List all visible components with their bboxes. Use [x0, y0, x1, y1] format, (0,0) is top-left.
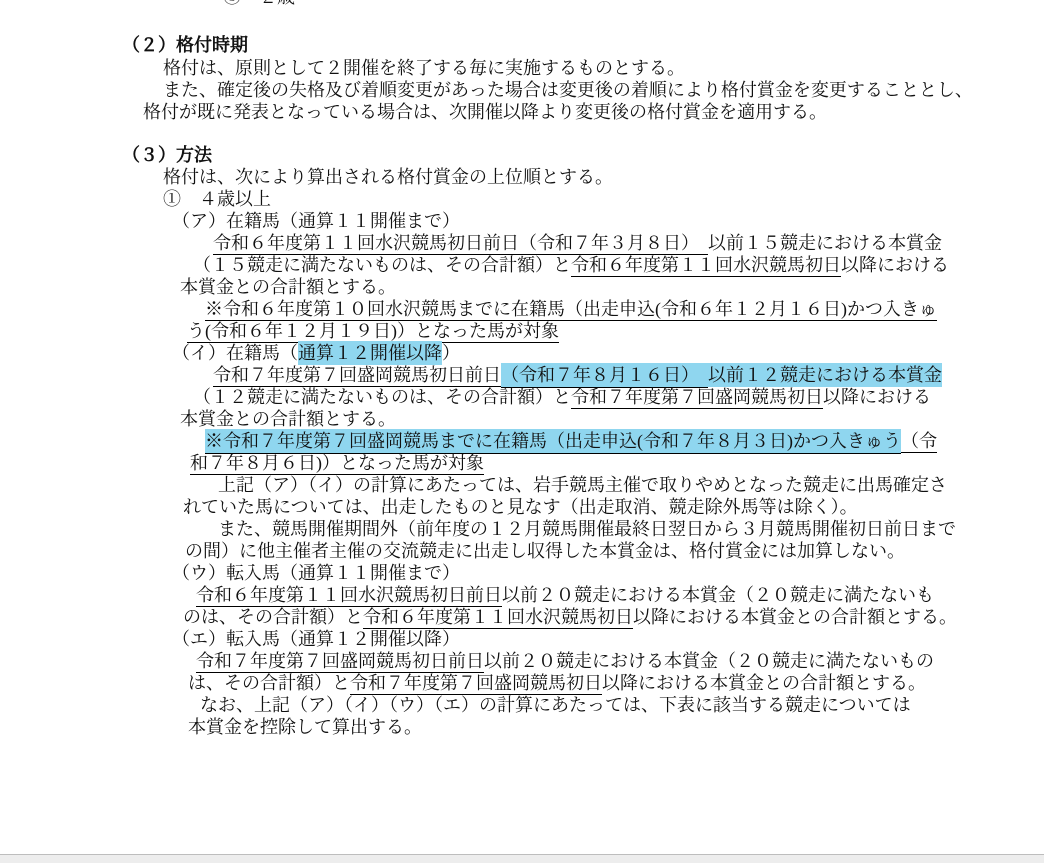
text-segment: また、競馬開催期間外（前年度の１２月競馬開催最終日翌日から３月競馬開催初日前日ま… [218, 519, 956, 539]
underlined-text: 令和７年度第７回盛岡競馬初日 [350, 673, 602, 695]
text-segment: 以降における [823, 387, 931, 407]
underlined-text: （令 [901, 431, 937, 453]
text-segment: 上記（ア）（イ）の計算にあたっては、岩手競馬主催で取りやめとなった競走に出馬確定… [218, 475, 947, 495]
text-segment: （ア）在籍馬（通算１１開催まで） [172, 211, 460, 231]
text-segment: 格付が既に発表となっている場合は、次開催以降より変更後の格付賞金を適用する。 [143, 102, 827, 122]
doc-line: 上記（ア）（イ）の計算にあたっては、岩手競馬主催で取りやめとなった競走に出馬確定… [218, 474, 947, 496]
highlighted-text: （令和７年８月１６日） [501, 363, 708, 388]
underlined-text: 令和６年度第１１回水沢競馬初日前日 [196, 585, 502, 607]
underlined-text: 令和６年度第１１回水沢競馬初日 [363, 607, 633, 629]
doc-line: （イ）在籍馬（通算１２開催以降） [172, 342, 460, 364]
doc-line: なお、上記（ア）（イ）（ウ）（エ）の計算にあたっては、下表に該当する競走について… [200, 694, 911, 716]
highlighted-text: ※令和７年度第７回盛岡競馬までに在籍馬（出走申込(令和７年８月３日)かつ入きゅう [205, 429, 901, 454]
highlighted-text: 以前１２競走における本賞金 [708, 363, 942, 387]
doc-line: ※令和７年度第７回盛岡競馬までに在籍馬（出走申込(令和７年８月３日)かつ入きゅう… [205, 430, 937, 452]
doc-line: 本賞金との合計額とする。 [180, 408, 396, 430]
text-segment: （ウ）転入馬（通算１１開催まで） [172, 563, 460, 583]
doc-line: （ウ）転入馬（通算１１開催まで） [172, 562, 460, 584]
document-page: ③ ２歳（２）格付時期格付は、原則として２開催を終了する毎に実施するものとする。… [0, 0, 1044, 863]
text-segment: の間）に他主催者主催の交流競走に出走し収得した本賞金は、格付賞金には加算しない。 [185, 541, 905, 561]
doc-line: 格付が既に発表となっている場合は、次開催以降より変更後の格付賞金を適用する。 [143, 101, 827, 123]
text-segment: （エ）転入馬（通算１２開催以降） [172, 629, 460, 649]
doc-line: 格付は、次により算出される格付賞金の上位順とする。 [163, 166, 613, 188]
doc-line: （エ）転入馬（通算１２開催以降） [172, 628, 460, 650]
doc-line: 令和７年度第７回盛岡競馬初日前日（令和７年８月１６日） 以前１２競走における本賞… [213, 364, 942, 386]
doc-line: 令和７年度第７回盛岡競馬初日前日以前２０競走における本賞金（２０競走に満たないも… [196, 650, 934, 672]
text-segment: なお、上記（ア）（イ）（ウ）（エ）の計算にあたっては、下表に該当する競走について… [200, 695, 911, 715]
underlined-text: う(令和６年１２月１９日)）となった馬が対象 [187, 321, 559, 343]
doc-line: 和７年８月６日)）となった馬が対象 [190, 452, 484, 474]
underlined-text: 令和６年度第１１回水沢競馬初日前日（令和７年３月８日） [213, 233, 708, 255]
doc-line: （２）格付時期 [122, 34, 248, 56]
doc-line: また、確定後の失格及び着順変更があった場合は変更後の着順により格付賞金を変更する… [163, 79, 973, 101]
text-segment: （１２競走に満たないものは、その合計額）と [193, 387, 571, 407]
text-segment: （イ）在籍馬（ [172, 343, 298, 363]
text-segment: ① ４歳以上 [163, 189, 271, 209]
doc-line: （ア）在籍馬（通算１１開催まで） [172, 210, 460, 232]
doc-line: ※令和６年度第１０回水沢競馬までに在籍馬（出走申込(令和６年１２月１６日)かつ入… [205, 298, 937, 320]
underlined-text: 令和７年度第７回盛岡競馬初日前日 [213, 365, 501, 387]
text-segment: また、確定後の失格及び着順変更があった場合は変更後の着順により格付賞金を変更する… [163, 80, 973, 100]
text-segment: 本賞金を控除して算出する。 [188, 717, 422, 737]
text-segment: 以前２０競走における本賞金（２０競走に満たないもの [484, 651, 934, 671]
text-segment: ③ ２歳 [223, 0, 295, 7]
underlined-text: ※令和６年度第１０回水沢競馬までに在籍馬（出走申込(令和６年１２月１６日)かつ入… [205, 299, 937, 321]
doc-line: 本賞金との合計額とする。 [180, 276, 396, 298]
text-segment: 本賞金との合計額とする。 [180, 277, 396, 297]
underlined-text: 令和６年度第１１回水沢競馬初日 [571, 255, 841, 277]
doc-line: の間）に他主催者主催の交流競走に出走し収得した本賞金は、格付賞金には加算しない。 [185, 540, 905, 562]
text-segment: 以降における本賞金との合計額とする。 [633, 607, 957, 627]
doc-line: 格付は、原則として２開催を終了する毎に実施するものとする。 [163, 57, 685, 79]
doc-line: （１２競走に満たないものは、その合計額）と令和７年度第７回盛岡競馬初日以降におけ… [193, 386, 931, 408]
underlined-text: 和７年８月６日)）となった馬が対象 [190, 453, 484, 475]
text-segment: 以前１５競走における本賞金 [708, 233, 942, 253]
doc-line: 令和６年度第１１回水沢競馬初日前日（令和７年３月８日） 以前１５競走における本賞… [213, 232, 942, 254]
text-segment: 格付は、原則として２開催を終了する毎に実施するものとする。 [163, 58, 685, 78]
page-bottom-edge [0, 854, 1044, 863]
doc-line: 本賞金を控除して算出する。 [188, 716, 422, 738]
text-segment: のは、その合計額）と [183, 607, 363, 627]
text-segment: 以前２０競走における本賞金（２０競走に満たないも [502, 585, 934, 605]
underlined-text: 令和７年度第７回盛岡競馬初日 [571, 387, 823, 409]
underlined-text: 令和７年度第７回盛岡競馬初日前日 [196, 651, 484, 673]
doc-line: ① ４歳以上 [163, 188, 271, 210]
text-segment: れていた馬については、出走したものと見なす（出走取消、競走除外馬等は除く）。 [183, 497, 858, 517]
doc-line: （１５競走に満たないものは、その合計額）と令和６年度第１１回水沢競馬初日以降にお… [193, 254, 949, 276]
doc-line: ③ ２歳 [223, 0, 295, 8]
text-segment: 格付は、次により算出される格付賞金の上位順とする。 [163, 167, 613, 187]
text-segment: （２）格付時期 [122, 35, 248, 55]
text-segment: ） [442, 343, 460, 363]
doc-line: また、競馬開催期間外（前年度の１２月競馬開催最終日翌日から３月競馬開催初日前日ま… [218, 518, 956, 540]
text-segment: 本賞金との合計額とする。 [180, 409, 396, 429]
doc-line: う(令和６年１２月１９日)）となった馬が対象 [187, 320, 559, 342]
doc-line: は、その合計額）と令和７年度第７回盛岡競馬初日以降における本賞金との合計額とする… [188, 672, 926, 694]
text-segment: （３）方法 [122, 145, 212, 165]
doc-line: 令和６年度第１１回水沢競馬初日前日以前２０競走における本賞金（２０競走に満たない… [196, 584, 934, 606]
doc-line: （３）方法 [122, 144, 212, 166]
text-segment: （１５競走に満たないものは、その合計額）と [193, 255, 571, 275]
text-segment: 以降における本賞金との合計額とする。 [602, 673, 926, 693]
highlighted-text: 通算１２開催以降 [298, 341, 442, 365]
text-segment: 以降における [841, 255, 949, 275]
doc-line: のは、その合計額）と令和６年度第１１回水沢競馬初日以降における本賞金との合計額と… [183, 606, 957, 628]
doc-line: れていた馬については、出走したものと見なす（出走取消、競走除外馬等は除く）。 [183, 496, 858, 518]
text-segment: は、その合計額）と [188, 673, 350, 693]
